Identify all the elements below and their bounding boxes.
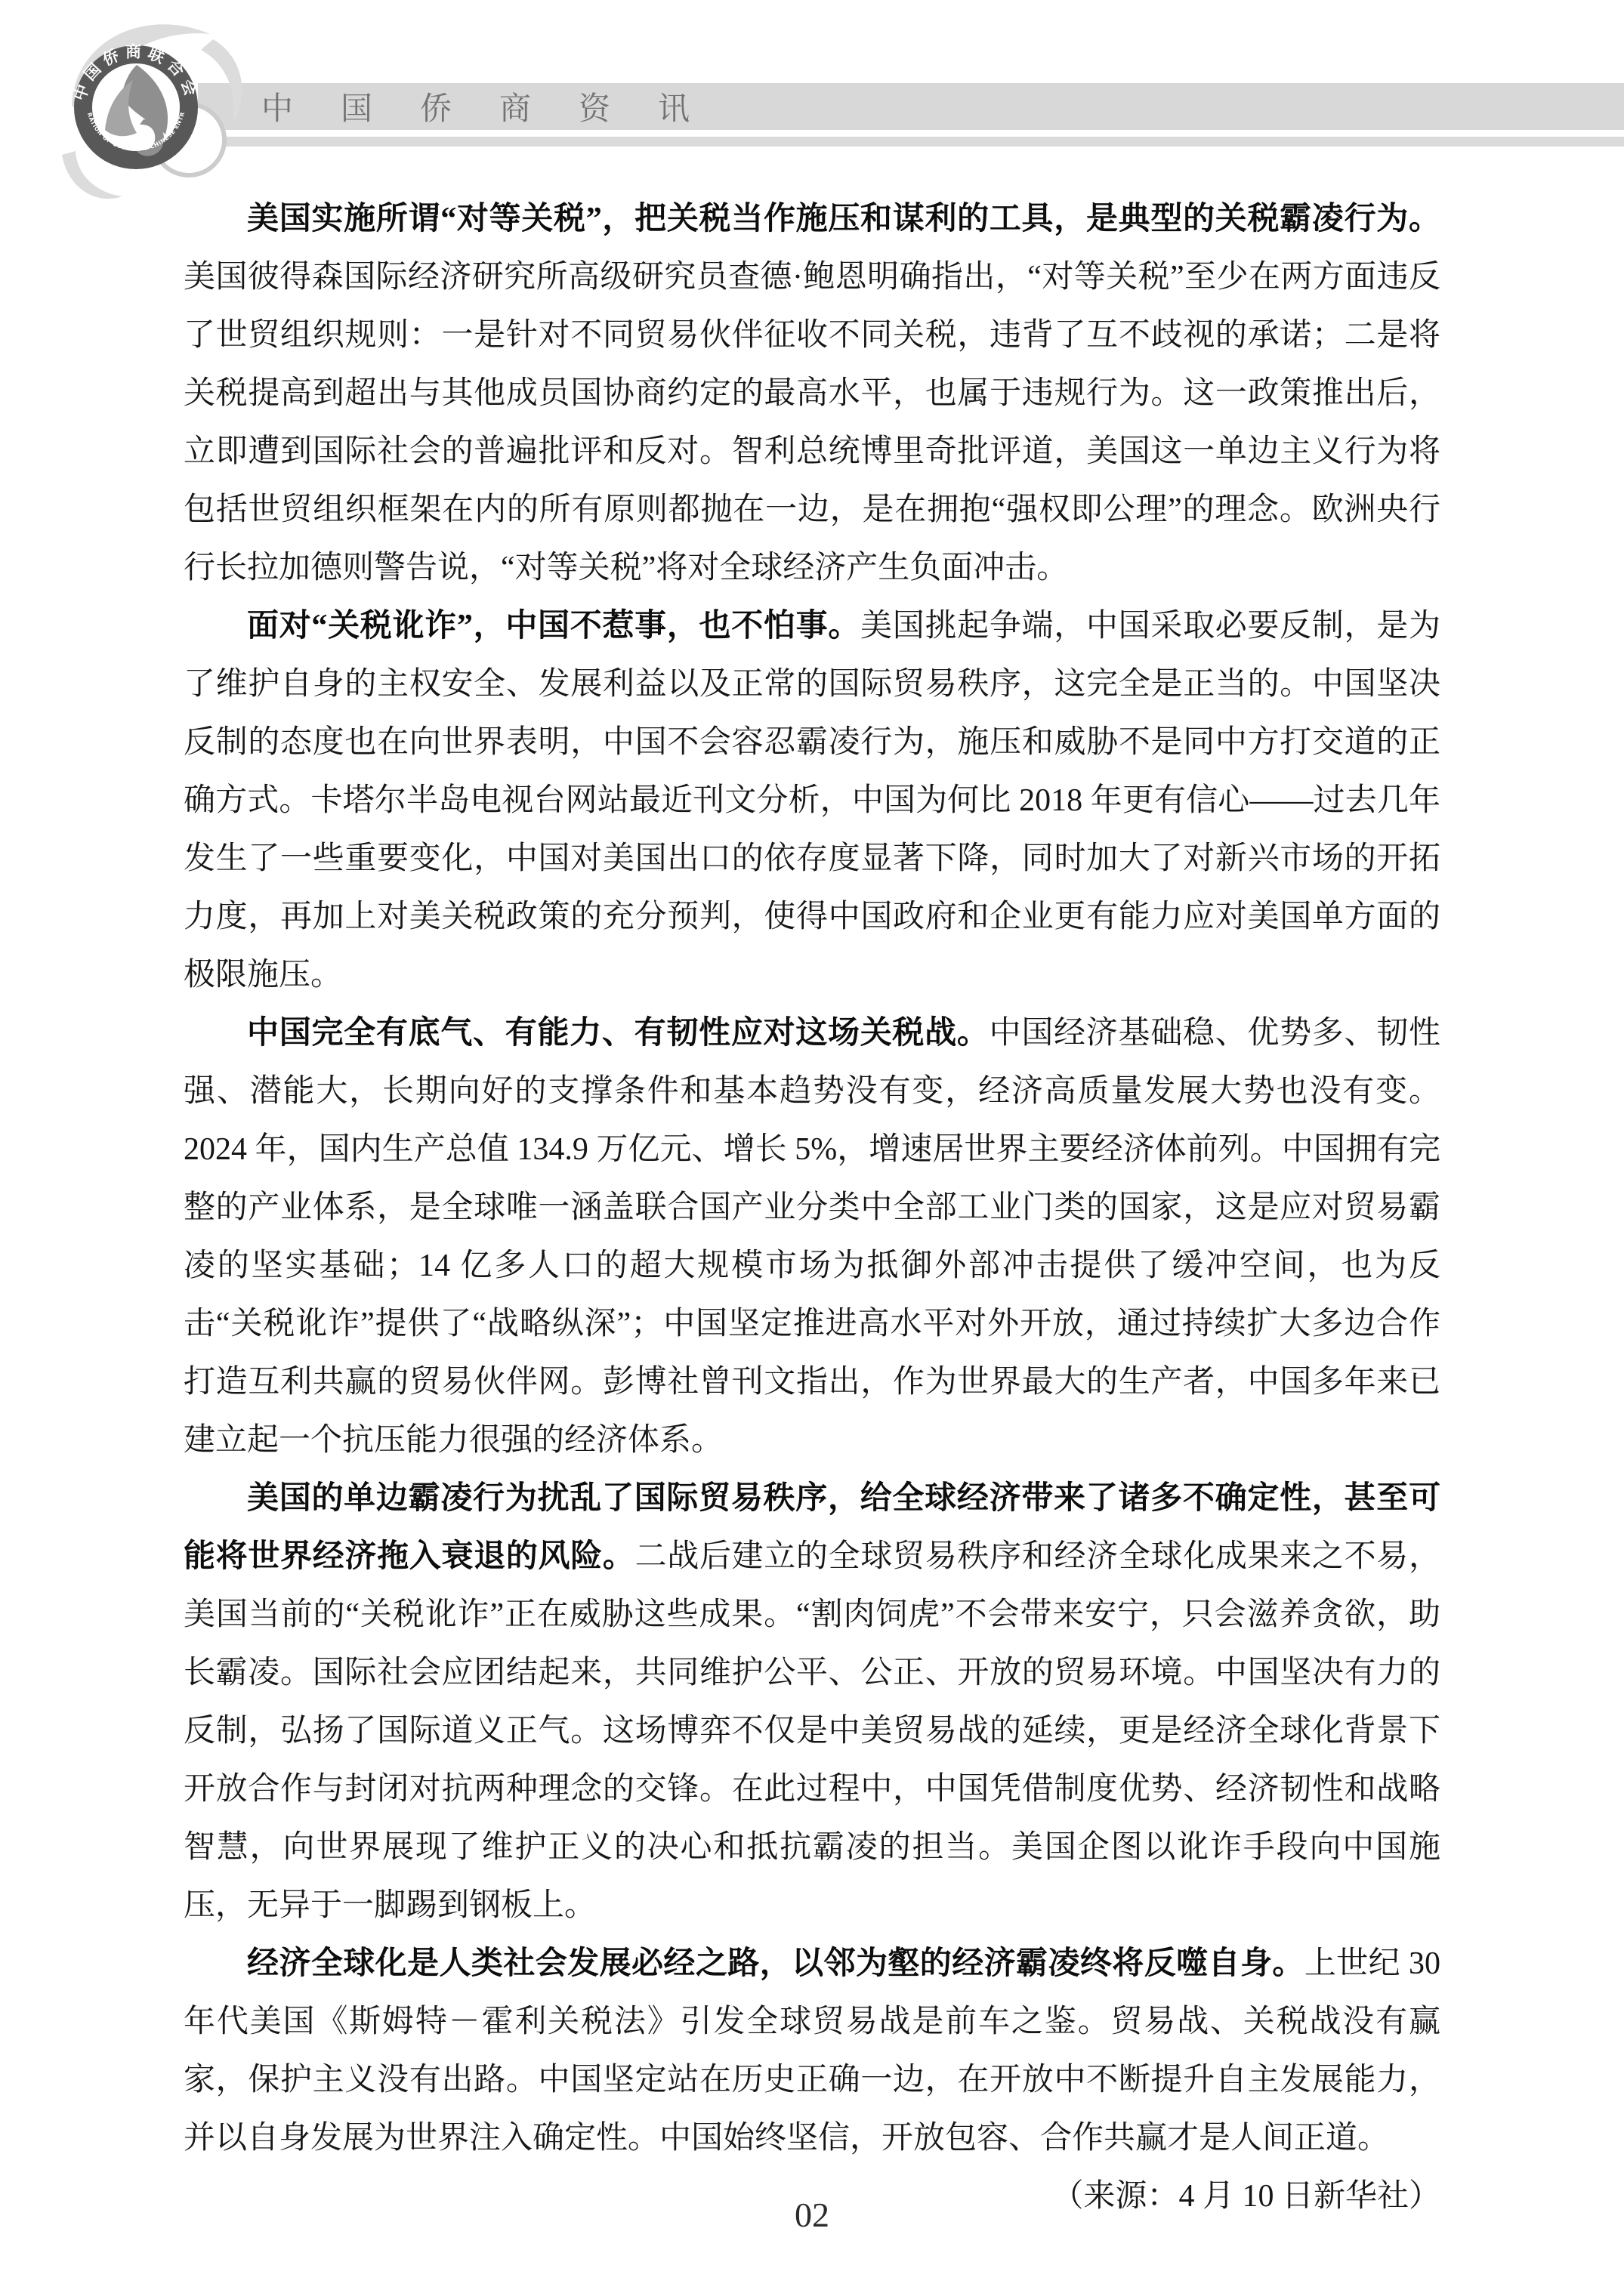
paragraph: 中国完全有底气、有能力、有韧性应对这场关税战。中国经济基础稳、优势多、韧性强、潜… xyxy=(184,1005,1440,1470)
masthead-underline-bar xyxy=(208,137,1624,147)
paragraph-lead: 经济全球化是人类社会发展必经之路，以邻为壑的经济霸凌终将反噬自身。 xyxy=(247,1946,1304,1981)
masthead-title: 中国侨商资讯 xyxy=(261,93,737,125)
paragraph-text: 美国彼得森国际经济研究所高级研究员查德·鲍恩明确指出，“对等关税”至少在两方面违… xyxy=(184,260,1440,585)
article-body: 美国实施所谓“对等关税”，把关税当作施压和谋利的工具，是典型的关税霸凌行为。美国… xyxy=(184,190,1440,2226)
paragraph: 美国实施所谓“对等关税”，把关税当作施压和谋利的工具，是典型的关税霸凌行为。美国… xyxy=(184,190,1440,597)
page-number: 02 xyxy=(0,2195,1624,2235)
paragraph-lead: 中国完全有底气、有能力、有韧性应对这场关税战。 xyxy=(247,1016,990,1051)
paragraph-text: 二战后建立的全球贸易秩序和经济全球化成果来之不易，美国当前的“关税讹诈”正在威胁… xyxy=(184,1539,1440,1923)
paragraph-text: 美国挑起争端，中国采取必要反制，是为了维护自身的主权安全、发展利益以及正常的国际… xyxy=(184,609,1440,992)
paragraph: 面对“关税讹诈”，中国不惹事，也不怕事。美国挑起争端，中国采取必要反制，是为了维… xyxy=(184,597,1440,1005)
newsletter-page: 中国侨商资讯 中国侨商联合会 CHINA FED xyxy=(0,0,1624,2293)
paragraph-lead: 美国实施所谓“对等关税”，把关税当作施压和谋利的工具，是典型的关税霸凌行为。 xyxy=(247,202,1440,236)
paragraph: 经济全球化是人类社会发展必经之路，以邻为壑的经济霸凌终将反噬自身。上世纪 30 … xyxy=(184,1935,1440,2168)
paragraph: 美国的单边霸凌行为扰乱了国际贸易秩序，给全球经济带来了诸多不确定性，甚至可能将世… xyxy=(184,1470,1440,1935)
paragraph-lead: 面对“关税讹诈”，中国不惹事，也不怕事。 xyxy=(247,609,860,643)
paragraph-text: 中国经济基础稳、优势多、韧性强、潜能大，长期向好的支撑条件和基本趋势没有变，经济… xyxy=(184,1016,1440,1458)
